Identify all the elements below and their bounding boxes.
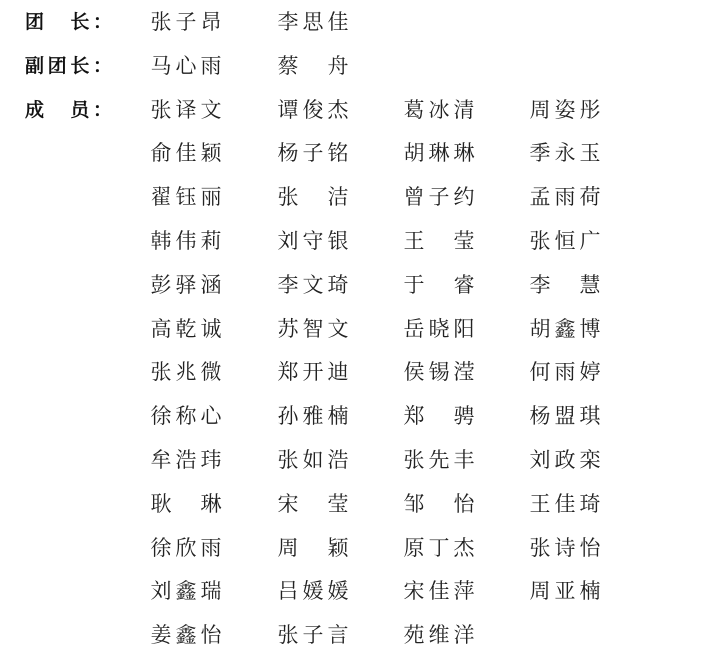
member-name-char: 俊 (302, 97, 324, 123)
member-name-char: 称 (175, 403, 197, 429)
member-name: 牟浩玮 (150, 447, 222, 473)
member-name-char: 马 (150, 53, 172, 79)
member-name: 葛冰清 (403, 97, 475, 123)
roster-row: 彭驿涵李文琦于睿李慧 (0, 266, 703, 310)
member-name-char: 孟 (529, 184, 551, 210)
roster-row: 徐称心孙雅楠郑骋杨盟琪 (0, 397, 703, 441)
role-label-char: 长 (70, 10, 89, 34)
member-name-char: 洁 (327, 184, 349, 210)
member-name-char: 洋 (453, 622, 475, 648)
member-name-char: 鑫 (554, 316, 576, 342)
member-name-char: 周 (529, 97, 551, 123)
roster-row: 成员：张译文谭俊杰葛冰清周姿彤 (0, 91, 703, 135)
member-name: 谭俊杰 (277, 97, 349, 123)
member-name-char: 孙 (277, 403, 299, 429)
member-name-char: 韩 (150, 228, 172, 254)
member-name-char: 晓 (428, 316, 450, 342)
member-name-char: 彤 (579, 97, 601, 123)
member-name: 宋佳萍 (403, 578, 475, 604)
member-name-char: 彭 (150, 272, 172, 298)
member-name-char: 慧 (579, 272, 601, 298)
member-name: 张先丰 (403, 447, 475, 473)
member-name-char: 萍 (453, 578, 475, 604)
member-name-char: 诗 (554, 535, 576, 561)
member-name-char: 永 (554, 140, 576, 166)
member-name-char: 徐 (150, 403, 172, 429)
member-name-char: 胡 (529, 316, 551, 342)
member-name-char: 侯 (403, 359, 425, 385)
roster-row: 韩伟莉刘守银王莹张恒广 (0, 222, 703, 266)
member-name-char: 郑 (277, 359, 299, 385)
member-name-char: 约 (453, 184, 475, 210)
member-name-char: 丰 (453, 447, 475, 473)
member-name: 于睿 (403, 272, 475, 298)
member-name: 邹怡 (403, 491, 475, 517)
member-name-char: 婷 (579, 359, 601, 385)
member-name-char: 李 (277, 9, 299, 35)
member-name: 季永玉 (529, 140, 601, 166)
member-name: 李慧 (529, 272, 601, 298)
role-label-colon: ： (93, 10, 107, 34)
member-name-char: 张 (277, 622, 299, 648)
member-name-char: 郑 (403, 403, 425, 429)
member-name-char: 冰 (428, 97, 450, 123)
member-name-char: 刘 (529, 447, 551, 473)
member-name-char: 雨 (554, 184, 576, 210)
member-name-char: 于 (403, 272, 425, 298)
member-name: 孙雅楠 (277, 403, 349, 429)
member-name-char: 先 (428, 447, 450, 473)
member-name-char: 楠 (579, 578, 601, 604)
member-name-char: 莹 (453, 228, 475, 254)
member-name-char: 舟 (327, 53, 349, 79)
member-name-char: 栾 (579, 447, 601, 473)
member-name: 张洁 (277, 184, 349, 210)
member-name-char: 牟 (150, 447, 172, 473)
member-name: 曾子约 (403, 184, 475, 210)
member-name-char: 丽 (200, 184, 222, 210)
member-name-char: 广 (579, 228, 601, 254)
member-name-char: 清 (453, 97, 475, 123)
member-name-char: 兆 (175, 359, 197, 385)
member-name-char: 徐 (150, 535, 172, 561)
member-name-char: 亚 (554, 578, 576, 604)
member-name-char: 丁 (428, 535, 450, 561)
member-name-char: 翟 (150, 184, 172, 210)
member-name-char: 智 (302, 316, 324, 342)
member-name-char: 媛 (302, 578, 324, 604)
member-name: 刘政栾 (529, 447, 601, 473)
member-name-char: 张 (529, 228, 551, 254)
member-name-char: 耿 (150, 491, 172, 517)
member-name-char: 维 (428, 622, 450, 648)
member-name-char: 恒 (554, 228, 576, 254)
member-name-char: 文 (327, 316, 349, 342)
member-name: 张如浩 (277, 447, 349, 473)
member-name-char: 谭 (277, 97, 299, 123)
member-name-char: 苑 (403, 622, 425, 648)
member-name: 张子言 (277, 622, 349, 648)
member-name: 刘鑫瑞 (150, 578, 222, 604)
member-name-char: 玉 (579, 140, 601, 166)
member-name-char: 盟 (554, 403, 576, 429)
member-name-char: 荷 (579, 184, 601, 210)
member-name-char: 欣 (175, 535, 197, 561)
member-name: 杨子铭 (277, 140, 349, 166)
member-name-char: 姜 (150, 622, 172, 648)
member-name-char: 琳 (200, 491, 222, 517)
member-name-char: 曾 (403, 184, 425, 210)
roster-row: 团长：张子昂李思佳 (0, 3, 703, 47)
member-name-char: 守 (302, 228, 324, 254)
roster-row: 姜鑫怡张子言苑维洋 (0, 616, 703, 660)
role-label-colon: ： (93, 98, 107, 122)
member-name-char: 昂 (200, 9, 222, 35)
member-name-char: 刘 (277, 228, 299, 254)
member-name-char: 苏 (277, 316, 299, 342)
member-name: 张恒广 (529, 228, 601, 254)
member-name: 周亚楠 (529, 578, 601, 604)
role-label-char: 副 (25, 54, 44, 78)
member-name-char: 季 (529, 140, 551, 166)
member-name-char: 张 (150, 97, 172, 123)
member-name: 胡琳琳 (403, 140, 475, 166)
member-name: 马心雨 (150, 53, 222, 79)
member-name-char: 微 (200, 359, 222, 385)
role-label-char (48, 10, 67, 34)
member-name-char: 开 (302, 359, 324, 385)
role-label: 团长： (25, 10, 107, 34)
member-name-char: 宋 (403, 578, 425, 604)
member-name-char: 子 (302, 622, 324, 648)
member-name-char: 杰 (453, 535, 475, 561)
member-name-char: 王 (403, 228, 425, 254)
member-name-char: 高 (150, 316, 172, 342)
role-label: 副团长： (25, 54, 107, 78)
member-name-char: 佳 (175, 140, 197, 166)
member-name-char: 浩 (327, 447, 349, 473)
member-name-char: 楠 (327, 403, 349, 429)
member-name: 岳晓阳 (403, 316, 475, 342)
member-name-char: 阳 (453, 316, 475, 342)
member-name: 刘守银 (277, 228, 349, 254)
role-label-char: 团 (25, 10, 44, 34)
roster-list: 团长：张子昂李思佳副团长：马心雨蔡舟成员：张译文谭俊杰葛冰清周姿彤俞佳颖杨子铭胡… (0, 3, 703, 660)
member-name-char: 滢 (453, 359, 475, 385)
member-name-char: 怡 (200, 622, 222, 648)
member-name-char: 博 (579, 316, 601, 342)
member-name-char: 胡 (403, 140, 425, 166)
member-name-char: 原 (403, 535, 425, 561)
member-name: 蔡舟 (277, 53, 349, 79)
member-name-char: 政 (554, 447, 576, 473)
member-name-char: 岳 (403, 316, 425, 342)
member-name-char: 怡 (453, 491, 475, 517)
member-name-char: 如 (302, 447, 324, 473)
member-name: 苑维洋 (403, 622, 475, 648)
member-name-char: 张 (150, 359, 172, 385)
roster-row: 刘鑫瑞吕媛媛宋佳萍周亚楠 (0, 572, 703, 616)
member-name: 李文琦 (277, 272, 349, 298)
roster-row: 副团长：马心雨蔡舟 (0, 47, 703, 91)
member-name-char: 俞 (150, 140, 172, 166)
member-name-char: 子 (428, 184, 450, 210)
member-name-char: 子 (175, 9, 197, 35)
member-name-char: 媛 (327, 578, 349, 604)
member-name-char: 杨 (277, 140, 299, 166)
member-name: 周颖 (277, 535, 349, 561)
member-name: 姜鑫怡 (150, 622, 222, 648)
roster-row: 俞佳颖杨子铭胡琳琳季永玉 (0, 134, 703, 178)
member-name: 王佳琦 (529, 491, 601, 517)
member-name-char: 雨 (200, 535, 222, 561)
member-name-char: 雅 (302, 403, 324, 429)
member-name-char: 莉 (200, 228, 222, 254)
member-name-char: 琳 (453, 140, 475, 166)
member-name: 郑骋 (403, 403, 475, 429)
member-name-char: 译 (175, 97, 197, 123)
member-name: 张兆微 (150, 359, 222, 385)
member-name: 侯锡滢 (403, 359, 475, 385)
member-name-char: 佳 (554, 491, 576, 517)
member-name: 郑开迪 (277, 359, 349, 385)
member-name-char: 子 (302, 140, 324, 166)
member-name-char: 银 (327, 228, 349, 254)
member-name-char: 心 (200, 403, 222, 429)
member-name-char: 思 (302, 9, 324, 35)
role-label-char: 长 (70, 54, 89, 78)
member-name-char: 伟 (175, 228, 197, 254)
member-name: 高乾诚 (150, 316, 222, 342)
member-name-char: 葛 (403, 97, 425, 123)
member-name-char: 吕 (277, 578, 299, 604)
member-name-char: 锡 (428, 359, 450, 385)
roster-row: 耿琳宋莹邹怡王佳琦 (0, 485, 703, 529)
roster-row: 张兆微郑开迪侯锡滢何雨婷 (0, 353, 703, 397)
role-label-char: 成 (25, 98, 44, 122)
role-label-colon: ： (93, 54, 107, 78)
member-name-char: 颖 (200, 140, 222, 166)
roster-row: 徐欣雨周颖原丁杰张诗怡 (0, 529, 703, 573)
member-name-char: 怡 (579, 535, 601, 561)
member-name-char: 鑫 (175, 622, 197, 648)
member-name-char: 雨 (554, 359, 576, 385)
member-name-char: 鑫 (175, 578, 197, 604)
member-name-char: 玮 (200, 447, 222, 473)
member-name-char: 诚 (200, 316, 222, 342)
member-name-char: 琳 (428, 140, 450, 166)
member-name-char: 驿 (175, 272, 197, 298)
member-name-char: 睿 (453, 272, 475, 298)
member-name-char: 佳 (327, 9, 349, 35)
member-name-char: 张 (403, 447, 425, 473)
member-name: 耿琳 (150, 491, 222, 517)
member-name: 宋莹 (277, 491, 349, 517)
member-name: 徐欣雨 (150, 535, 222, 561)
member-name-char: 琦 (579, 491, 601, 517)
member-name-char: 乾 (175, 316, 197, 342)
member-name-char: 言 (327, 622, 349, 648)
member-name-char: 琪 (579, 403, 601, 429)
member-name-char: 李 (529, 272, 551, 298)
member-name: 何雨婷 (529, 359, 601, 385)
member-name: 张诗怡 (529, 535, 601, 561)
member-name-char: 杨 (529, 403, 551, 429)
role-label-char: 团 (48, 54, 67, 78)
member-name-char: 杰 (327, 97, 349, 123)
roster-row: 高乾诚苏智文岳晓阳胡鑫博 (0, 310, 703, 354)
member-name: 王莹 (403, 228, 475, 254)
member-name: 杨盟琪 (529, 403, 601, 429)
member-name: 张子昂 (150, 9, 222, 35)
member-name-char: 张 (277, 184, 299, 210)
member-name-char: 钰 (175, 184, 197, 210)
member-name: 孟雨荷 (529, 184, 601, 210)
member-name-char: 瑞 (200, 578, 222, 604)
member-name-char: 张 (277, 447, 299, 473)
member-name-char: 张 (529, 535, 551, 561)
member-name-char: 心 (175, 53, 197, 79)
member-name: 周姿彤 (529, 97, 601, 123)
member-name-char: 周 (277, 535, 299, 561)
member-name: 张译文 (150, 97, 222, 123)
member-name-char: 文 (302, 272, 324, 298)
member-name-char: 周 (529, 578, 551, 604)
member-name-char: 王 (529, 491, 551, 517)
member-name-char: 宋 (277, 491, 299, 517)
member-name-char: 涵 (200, 272, 222, 298)
member-name: 翟钰丽 (150, 184, 222, 210)
member-name-char: 刘 (150, 578, 172, 604)
member-name-char: 莹 (327, 491, 349, 517)
member-name-char: 李 (277, 272, 299, 298)
roster-row: 牟浩玮张如浩张先丰刘政栾 (0, 441, 703, 485)
member-name-char: 骋 (453, 403, 475, 429)
member-name: 原丁杰 (403, 535, 475, 561)
member-name: 李思佳 (277, 9, 349, 35)
member-name-char: 姿 (554, 97, 576, 123)
member-name: 吕媛媛 (277, 578, 349, 604)
member-name: 胡鑫博 (529, 316, 601, 342)
role-label: 成员： (25, 98, 107, 122)
member-name-char: 蔡 (277, 53, 299, 79)
member-name: 苏智文 (277, 316, 349, 342)
member-name-char: 浩 (175, 447, 197, 473)
member-name-char: 邹 (403, 491, 425, 517)
member-name: 韩伟莉 (150, 228, 222, 254)
member-name-char: 迪 (327, 359, 349, 385)
member-name-char: 雨 (200, 53, 222, 79)
member-name-char: 颖 (327, 535, 349, 561)
role-label-char: 员 (70, 98, 89, 122)
role-label-char (48, 98, 67, 122)
member-name: 彭驿涵 (150, 272, 222, 298)
member-name-char: 张 (150, 9, 172, 35)
member-name-char: 佳 (428, 578, 450, 604)
member-name-char: 文 (200, 97, 222, 123)
member-name-char: 铭 (327, 140, 349, 166)
member-name: 徐称心 (150, 403, 222, 429)
member-name-char: 何 (529, 359, 551, 385)
member-name: 俞佳颖 (150, 140, 222, 166)
roster-row: 翟钰丽张洁曾子约孟雨荷 (0, 178, 703, 222)
member-name-char: 琦 (327, 272, 349, 298)
